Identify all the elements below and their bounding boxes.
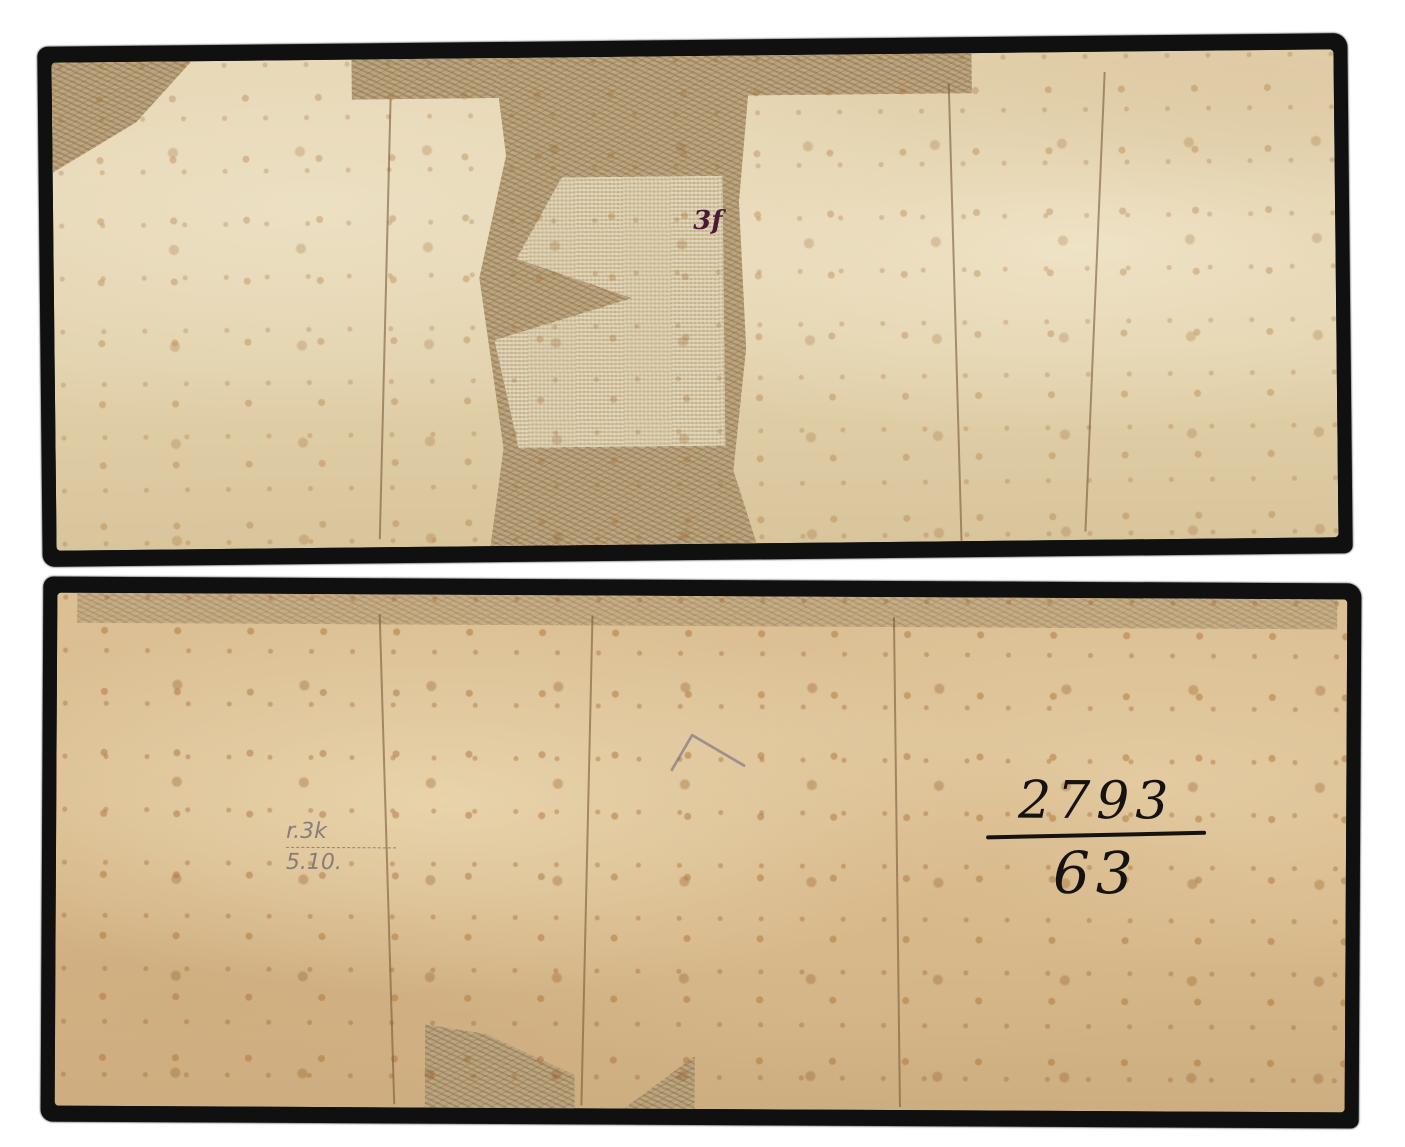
ink-mark: 3f [693, 206, 723, 236]
pencil-inscription: r.3k 5.10. [286, 819, 396, 877]
top-fragment: 3f [37, 33, 1352, 567]
foxing-spots [51, 49, 1338, 550]
catalog-denominator: 63 [986, 842, 1206, 903]
pencil-divider [286, 847, 396, 849]
catalog-numerator: 2793 [986, 772, 1206, 829]
pencil-line-2: 5.10. [286, 850, 396, 877]
bottom-fragment: r.3k 5.10. 2793 63 [41, 577, 1362, 1129]
catalog-number: 2793 63 [986, 772, 1207, 903]
pencil-line-1: r.3k [286, 819, 396, 846]
top-fragment-surface: 3f [51, 49, 1338, 550]
bottom-fragment-surface: r.3k 5.10. 2793 63 [55, 593, 1348, 1113]
